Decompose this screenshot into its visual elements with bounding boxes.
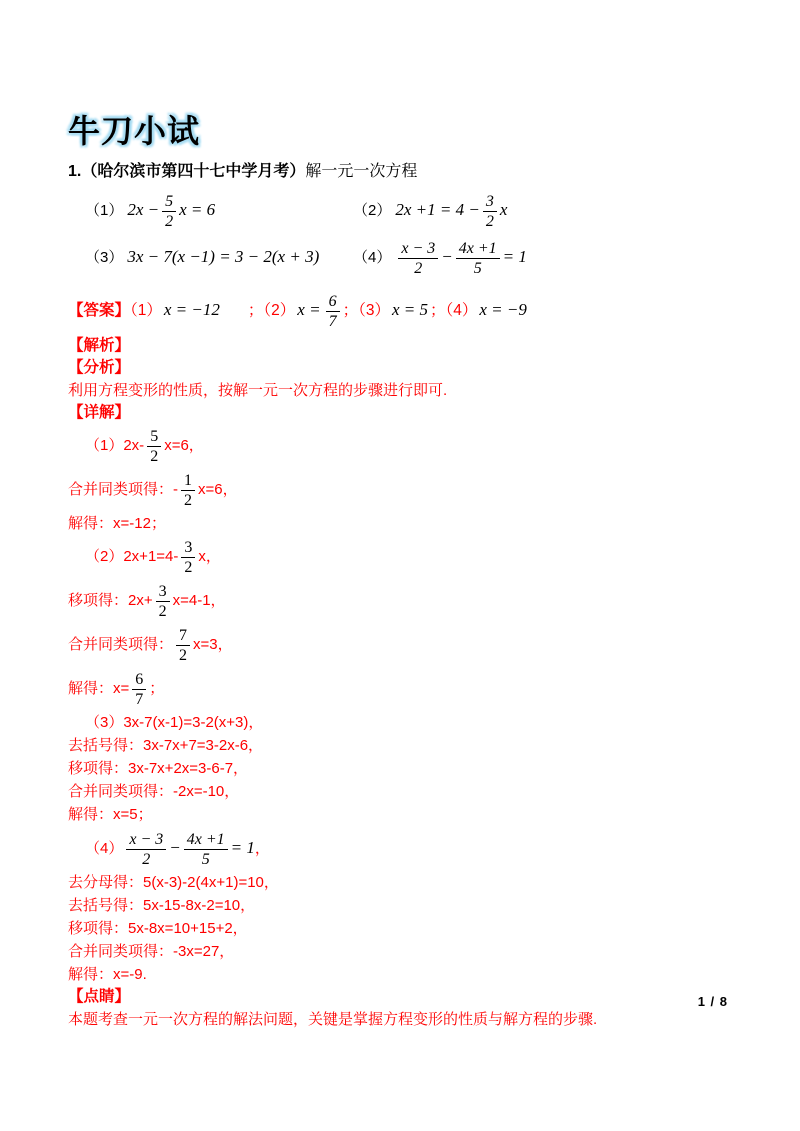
fraction: 32 bbox=[483, 192, 497, 231]
solution-step: （4）x − 32−4x +15= 1， bbox=[68, 826, 742, 871]
equation-2: （2）2x +1 = 4 −32x bbox=[353, 188, 742, 233]
page-title: 牛刀小试 bbox=[68, 112, 742, 150]
problem-task: 解一元一次方程 bbox=[305, 163, 417, 180]
solution-step: 去分母得：5(x-3)-2(4x+1)=10， bbox=[68, 871, 742, 894]
document-content: 牛刀小试 1.（哈尔滨市第四十七中学月考）解一元一次方程 （1）2x −52x … bbox=[68, 112, 742, 1031]
answer-3-label: （3） bbox=[358, 302, 390, 319]
answer-sep-2: ； bbox=[343, 302, 359, 319]
answer-sep-1: ； bbox=[248, 302, 264, 319]
fraction: 67 bbox=[326, 292, 340, 331]
equation-2-pre: 2x +1 = 4 − bbox=[395, 200, 479, 219]
step-4-post: = 1 bbox=[231, 838, 255, 857]
solution-step: 去括号得：5x-15-8x-2=10， bbox=[68, 894, 742, 917]
fraction: 12 bbox=[181, 471, 195, 510]
solution-step: 解得：x=5； bbox=[68, 803, 742, 826]
answer-1-label: （1） bbox=[130, 302, 162, 319]
equation-2-post: x bbox=[500, 200, 508, 219]
solution-step: 合并同类项得：-3x=27， bbox=[68, 940, 742, 963]
section-xiangjie: 【详解】 bbox=[68, 402, 742, 424]
equation-3-body: 3x − 7(x −1) = 3 − 2(x + 3) bbox=[127, 247, 319, 266]
section-fenxi: 【分析】 bbox=[68, 357, 742, 379]
solution-step: 移项得：3x-7x+2x=3-6-7， bbox=[68, 757, 742, 780]
solution-step: （3）3x-7(x-1)=3-2(x+3)， bbox=[68, 711, 742, 734]
equation-4-post: = 1 bbox=[503, 247, 527, 266]
section-dianjing: 【点睛】 bbox=[68, 986, 742, 1008]
answer-tag: 【答案】 bbox=[68, 302, 130, 319]
fraction: 72 bbox=[176, 626, 190, 665]
fraction: 4x +15 bbox=[184, 830, 228, 869]
problem-number-source: 1.（哈尔滨市第四十七中学月考） bbox=[68, 163, 305, 180]
equation-3-label: （3） bbox=[85, 249, 123, 266]
answer-sep-3: ； bbox=[430, 302, 446, 319]
fraction: x − 32 bbox=[126, 830, 166, 869]
answer-2-label: （2） bbox=[263, 302, 295, 319]
equation-4: （4）x − 32−4x +15= 1 bbox=[353, 235, 742, 280]
equation-1-post: x = 6 bbox=[179, 200, 215, 219]
problem-heading: 1.（哈尔滨市第四十七中学月考）解一元一次方程 bbox=[68, 160, 742, 184]
equation-1: （1）2x −52x = 6 bbox=[85, 188, 353, 233]
document-page: 牛刀小试 1.（哈尔滨市第四十七中学月考）解一元一次方程 （1）2x −52x … bbox=[0, 0, 800, 1131]
section-jiexi: 【解析】 bbox=[68, 335, 742, 357]
fraction: 67 bbox=[132, 670, 146, 709]
solution-step: 合并同类项得：-12x=6， bbox=[68, 468, 742, 512]
equation-2-label: （2） bbox=[353, 202, 391, 219]
answer-3-value: x = 5 bbox=[392, 300, 428, 319]
answer-1-value: x = −12 bbox=[164, 300, 220, 319]
solution-step: 解得：x=-12； bbox=[68, 512, 742, 535]
page-number: 1 / 8 bbox=[698, 994, 728, 1009]
solution-step: 解得：x=-9. bbox=[68, 963, 742, 986]
solution-step: 合并同类项得：72x=3， bbox=[68, 623, 742, 667]
fraction: 52 bbox=[147, 427, 161, 466]
fraction: x − 32 bbox=[398, 239, 438, 278]
fraction: 32 bbox=[156, 582, 170, 621]
equation-4-minus: − bbox=[441, 247, 452, 266]
solution-step: 移项得：2x+32x=4-1， bbox=[68, 579, 742, 623]
answer-line: 【答案】（1）x = −12；（2）x =67；（3）x = 5；（4）x = … bbox=[68, 288, 742, 333]
equation-4-label: （4） bbox=[353, 249, 391, 266]
solution-step: 解得：x=67； bbox=[68, 667, 742, 711]
solution-step: 去括号得：3x-7x+7=3-2x-6， bbox=[68, 734, 742, 757]
fraction: 52 bbox=[162, 192, 176, 231]
answer-4-value: x = −9 bbox=[479, 300, 527, 319]
answer-2-value: x = bbox=[297, 300, 320, 319]
fraction: 32 bbox=[181, 538, 195, 577]
dianjing-text: 本题考查一元一次方程的解法问题，关键是掌握方程变形的性质与解方程的步骤. bbox=[68, 1008, 742, 1031]
solution-step: （1）2x-52x=6， bbox=[68, 424, 742, 468]
equation-1-pre: 2x − bbox=[127, 200, 159, 219]
fraction: 4x +15 bbox=[456, 239, 500, 278]
equation-1-label: （1） bbox=[85, 202, 123, 219]
fenxi-text: 利用方程变形的性质，按解一元一次方程的步骤进行即可. bbox=[68, 379, 742, 402]
equation-3: （3）3x − 7(x −1) = 3 − 2(x + 3) bbox=[85, 235, 353, 280]
solution-step: 移项得：5x-8x=10+15+2， bbox=[68, 917, 742, 940]
solution-step: （2）2x+1=4-32x， bbox=[68, 535, 742, 579]
answer-4-label: （4） bbox=[446, 302, 478, 319]
equation-grid: （1）2x −52x = 6 （2）2x +1 = 4 −32x （3）3x −… bbox=[68, 188, 742, 280]
solution-step: 合并同类项得：-2x=-10， bbox=[68, 780, 742, 803]
step-4-minus: − bbox=[169, 838, 180, 857]
